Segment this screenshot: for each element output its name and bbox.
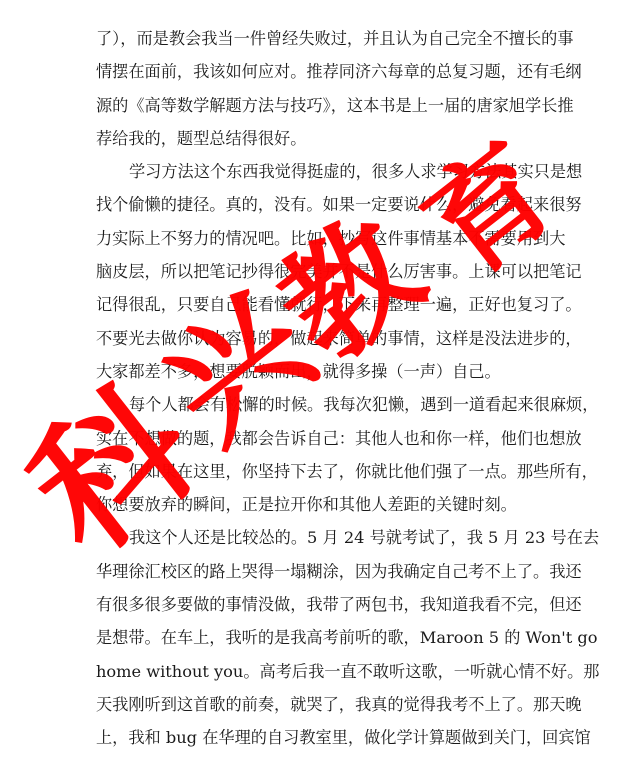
text-line: 不要光去做你认为容易的，做起来简单的事情，这样是没法进步的， [96, 322, 534, 355]
text-line: 有很多很多要做的事情没做，我带了两包书，我知道我看不完，但还 [96, 588, 534, 621]
paragraph-start-line: 每个人都会有松懈的时候。我每次犯懒，遇到一道看起来很麻烦， [96, 388, 534, 421]
text-line: 实在不想做的题，我都会告诉自己：其他人也和你一样，他们也想放 [96, 422, 534, 455]
document-page: 了），而是教会我当一件曾经失败过，并且认为自己完全不擅长的事 情摆在面前，我该如… [0, 0, 629, 761]
text-line: 力实际上不努力的情况吧。比如，抄写这件事情基本不需要用到大 [96, 222, 534, 255]
text-line: 脑皮层，所以把笔记抄得很完美并不是什么厉害事。上课可以把笔记 [96, 255, 534, 288]
text-line: 情摆在面前，我该如何应对。推荐同济六每章的总复习题，还有毛纲 [96, 55, 534, 88]
paragraph-start-line: 学习方法这个东西我觉得挺虚的，很多人求学习方法其实只是想 [96, 155, 534, 188]
text-line: 荐给我的，题型总结得很好。 [96, 122, 534, 155]
text-line: 大家都差不多，想要脱颖而出，就得多操（一声）自己。 [96, 355, 534, 388]
text-line: 华理徐汇校区的路上哭得一塌糊涂，因为我确定自己考不上了。我还 [96, 555, 534, 588]
text-line: home without you。高考后我一直不敢听这歌，一听就心情不好。那 [96, 655, 534, 688]
text-line: 天我刚听到这首歌的前奏，就哭了，我真的觉得我考不上了。那天晚 [96, 688, 534, 721]
document-body: 了），而是教会我当一件曾经失败过，并且认为自己完全不擅长的事 情摆在面前，我该如… [96, 22, 534, 755]
text-line: 源的《高等数学解题方法与技巧》，这本书是上一届的唐家旭学长推 [96, 89, 534, 122]
text-line: 了），而是教会我当一件曾经失败过，并且认为自己完全不擅长的事 [96, 22, 534, 55]
text-line: 找个偷懒的捷径。真的，没有。如果一定要说什么，避免看起来很努 [96, 188, 534, 221]
text-line: 记得很乱，只要自己能看懂就行，下来再整理一遍，正好也复习了。 [96, 288, 534, 321]
paragraph-start-line: 我这个人还是比较怂的。5 月 24 号就考试了，我 5 月 23 号在去 [96, 521, 534, 554]
text-line: 弃，但如果在这里，你坚持下去了，你就比他们强了一点。那些所有， [96, 455, 534, 488]
text-line: 是想带。在车上，我听的是我高考前听的歌，Maroon 5 的 Won't go [96, 621, 534, 654]
text-line: 上，我和 bug 在华理的自习教室里，做化学计算题做到关门，回宾馆 [96, 721, 534, 754]
text-line: 你想要放弃的瞬间，正是拉开你和其他人差距的关键时刻。 [96, 488, 534, 521]
